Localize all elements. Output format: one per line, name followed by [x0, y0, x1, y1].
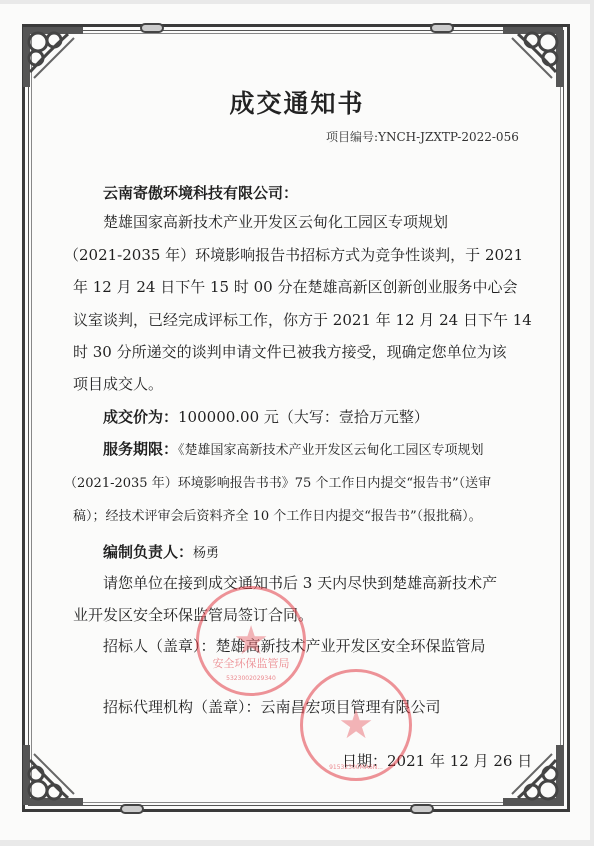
addressee: 云南寄傲环境科技有限公司：	[103, 182, 298, 203]
issue-date: 日期：2021 年 12 月 26 日	[342, 750, 532, 771]
body-line: 时 30 分所递交的谈判申请文件已被我方接受，现确定您单位为该	[73, 341, 507, 362]
editor-label: 编制负责人：	[103, 543, 193, 561]
editor-row: 编制负责人：杨勇	[103, 541, 219, 562]
service-period-line: 稿）；经技术评审会后资料齐全 10 个工作日内提交“报告书”（报批稿）。	[73, 505, 482, 524]
body-line: （2021-2035 年）环境影响报告书招标方式为竞争性谈判，于 2021	[64, 244, 523, 265]
service-period-row: 服务期限：《楚雄国家高新技术产业开发区云甸化工园区专项规划	[103, 438, 484, 459]
price-row: 成交价为：100000.00 元（大写：壹拾万元整）	[103, 406, 429, 427]
agency-signature: 招标代理机构（盖章）：云南昌宏项目管理有限公司	[103, 696, 441, 717]
border-ornament-icon	[410, 804, 434, 814]
instruction-line: 请您单位在接到成交通知书后 3 天内尽快到楚雄高新技术产	[103, 572, 497, 593]
corner-ornament-icon	[18, 740, 88, 810]
border-ornament-icon	[140, 23, 164, 33]
body-line: 楚雄国家高新技术产业开发区云甸化工园区专项规划	[103, 211, 448, 232]
body-line: 年 12 月 24 日下午 15 时 00 分在楚雄高新区创新创业服务中心会	[73, 276, 518, 297]
body-line: 项目成交人。	[73, 373, 163, 394]
service-period-label: 服务期限：	[103, 440, 178, 458]
document-page: 成交通知书 项目编号:YNCH-JZXTP-2022-056 云南寄傲环境科技有…	[0, 4, 590, 840]
border-ornament-icon	[430, 23, 454, 33]
instruction-line: 业开发区安全环保监管局签订合同。	[73, 604, 313, 625]
corner-ornament-icon	[18, 22, 88, 92]
project-number: 项目编号:YNCH-JZXTP-2022-056	[326, 128, 519, 145]
tenderer-signature: 招标人（盖章）：楚雄高新技术产业开发区安全环保监管局	[103, 635, 486, 656]
price-value: 100000.00 元（大写：壹拾万元整）	[178, 408, 429, 426]
service-period-text: 《楚雄国家高新技术产业开发区云甸化工园区专项规划	[178, 443, 484, 458]
body-line: 议室谈判，已经完成评标工作，你方于 2021 年 12 月 24 日下午 14	[73, 309, 532, 330]
corner-ornament-icon	[498, 22, 568, 92]
price-label: 成交价为：	[103, 408, 178, 426]
document-title: 成交通知书	[0, 84, 594, 120]
editor-value: 杨勇	[193, 546, 219, 561]
border-ornament-icon	[120, 804, 144, 814]
service-period-line: （2021-2035 年）环境影响报告书书》75 个工作日内提交“报告书”（送审	[64, 472, 491, 491]
